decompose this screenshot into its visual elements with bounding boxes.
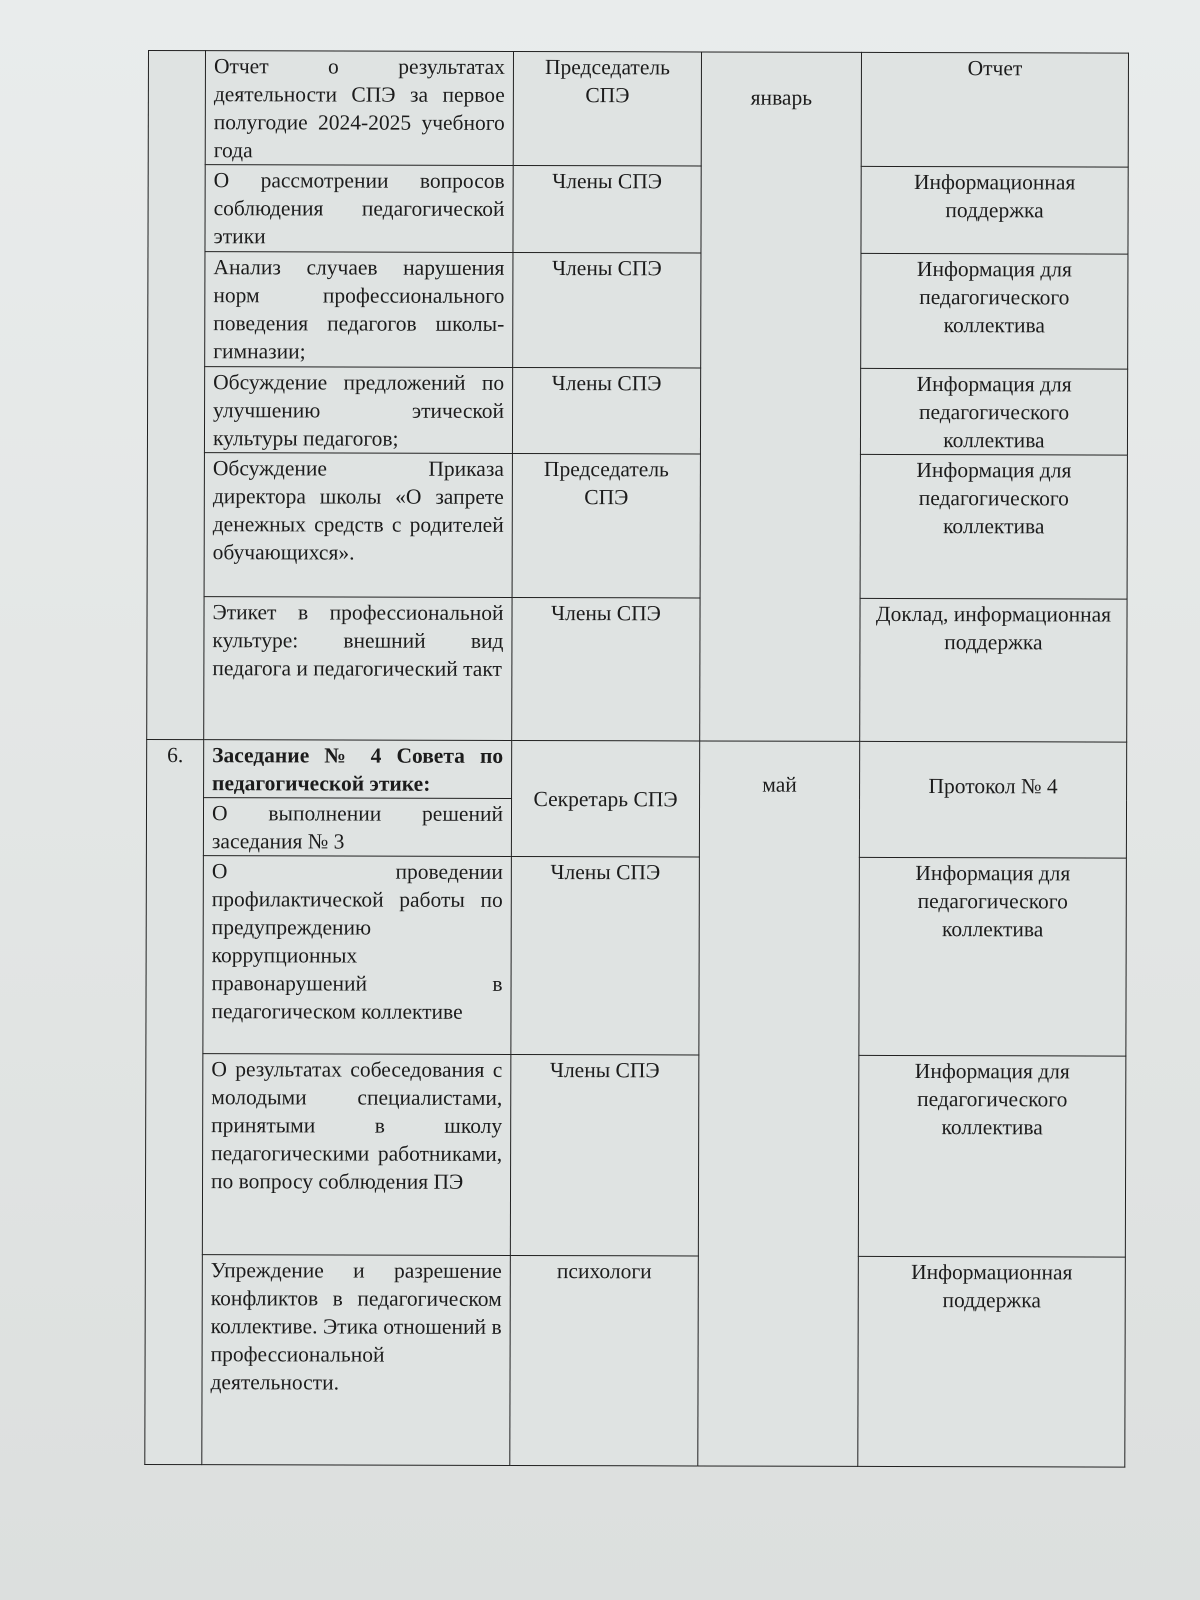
topic-cell: О рассмотрении вопросов соблюдения педаг… [205, 165, 513, 253]
result-cell: Информация для педагогического коллектив… [858, 1055, 1126, 1257]
responsible-cell: Председатель СПЭ [512, 453, 700, 597]
meeting-heading: Заседание № 4 Совета по педагогической э… [212, 743, 503, 796]
table-row: Обсуждение Приказа директора школы «О за… [147, 452, 1127, 599]
responsible-cell: Члены СПЭ [510, 1054, 699, 1255]
table-row: О рассмотрении вопросов соблюдения педаг… [148, 165, 1128, 255]
responsible-cell: Члены СПЭ [513, 252, 701, 367]
topic-cell: Обсуждение предложений по улучшению этич… [204, 367, 512, 454]
result-cell: Доклад, информационная поддержка [860, 598, 1127, 742]
topic-cell: Упреждение и разрешение конфликтов в пед… [202, 1255, 511, 1466]
document-page: Отчет о результатах деятельности СПЭ за … [0, 0, 1200, 1600]
result-cell: Информационная поддержка [858, 1256, 1126, 1467]
row-number-cell [147, 51, 206, 740]
table-row: Этикет в профессиональной культуре: внеш… [147, 596, 1127, 742]
result-cell: Отчет [861, 52, 1128, 167]
table-row: Обсуждение предложений по улучшению этич… [147, 367, 1127, 456]
responsible-cell: Члены СПЭ [512, 367, 700, 453]
row-number-cell: 6. [145, 739, 204, 1464]
result-cell: Протокол № 4 [859, 741, 1126, 858]
meeting-heading-cell: Заседание № 4 Совета по педагогической э… [204, 740, 512, 799]
table-row: 6. Заседание № 4 Совета по педагогическо… [147, 739, 1127, 800]
responsible-cell: Члены СПЭ [512, 597, 700, 740]
responsible-cell: Председатель СПЭ [513, 51, 701, 165]
responsible-cell: психологи [510, 1255, 699, 1465]
date-cell: январь [700, 52, 862, 741]
table-row: Анализ случаев нарушения норм профессион… [148, 252, 1128, 370]
result-cell: Информация для педагогического коллектив… [861, 253, 1128, 369]
responsible-cell: Секретарь СПЭ [511, 740, 699, 856]
responsible-cell: Члены СПЭ [511, 856, 700, 1054]
topic-cell: О проведении профилактической работы по … [203, 856, 512, 1055]
table-row: Упреждение и разрешение конфликтов в пед… [145, 1254, 1126, 1467]
topic-cell: Обсуждение Приказа директора школы «О за… [204, 453, 512, 598]
topic-cell: Этикет в профессиональной культуре: внеш… [204, 597, 512, 741]
result-cell: Информация для педагогического коллектив… [860, 368, 1127, 455]
topic-cell: Анализ случаев нарушения норм профессион… [205, 252, 513, 368]
result-cell: Информационная поддержка [861, 166, 1128, 254]
topic-cell: Отчет о результатах деятельности СПЭ за … [205, 51, 513, 166]
date-text: январь [710, 83, 853, 111]
table-row: О результатах собеседования с молодыми с… [145, 1053, 1126, 1257]
responsible-cell: Члены СПЭ [513, 165, 701, 252]
date-text: май [708, 770, 851, 798]
topic-cell: О выполнении решений заседания № 3 [203, 798, 511, 857]
date-cell: май [698, 741, 860, 1466]
topic-cell: О результатах собеседования с молодыми с… [202, 1054, 511, 1256]
ethics-council-plan-table: Отчет о результатах деятельности СПЭ за … [144, 50, 1129, 1468]
result-cell: Информация для педагогического коллектив… [860, 454, 1127, 599]
table-row: Отчет о результатах деятельности СПЭ за … [148, 51, 1128, 168]
result-cell: Информация для педагогического коллектив… [859, 857, 1127, 1056]
table-row: О проведении профилактической работы по … [146, 855, 1127, 1056]
